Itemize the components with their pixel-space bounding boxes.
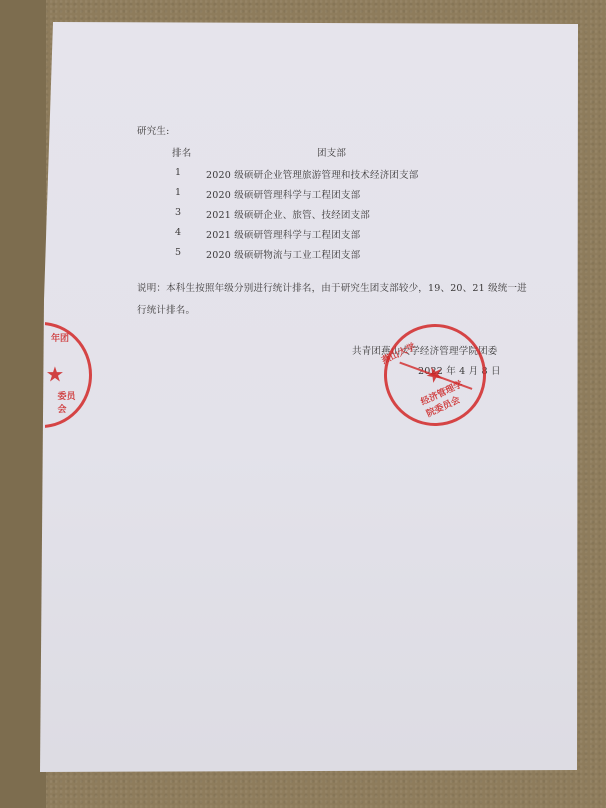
rank-cell: 1 [175,167,181,178]
branch-column-header: 团支部 [317,145,346,159]
note-line-2: 行统计排名。 [137,302,195,316]
rank-cell: 4 [175,227,181,238]
section-label: 研究生: [137,123,170,137]
rank-column-header: 排名 [172,145,191,159]
seal-bottom-text: 委员会 [58,389,79,415]
table-surface-edge [0,0,46,808]
rank-cell: 5 [175,247,181,258]
star-icon: ★ [47,365,63,386]
official-seal-right: 燕山大学 ★ 经济管理学院委员会 [367,307,503,443]
seal-top-text: 年团 [51,331,69,344]
rank-cell: 3 [175,207,181,218]
rank-cell: 1 [175,187,181,198]
branch-cell: 2020 级硕研企业管理旅游管理和技术经济团支部 [206,167,419,181]
document-page: 研究生: 排名 团支部 1 2020 级硕研企业管理旅游管理和技术经济团支部 1… [0,0,606,808]
note-line-1: 说明：本科生按照年级分别进行统计排名，由于研究生团支部较少，19、20、21 级… [137,280,527,294]
branch-cell: 2021 级硕研企业、旅管、技经团支部 [206,207,370,221]
branch-cell: 2020 级硕研管理科学与工程团支部 [206,187,360,201]
seal-bottom-text: 经济管理学院委员会 [418,376,472,420]
branch-cell: 2020 级硕研物流与工业工程团支部 [206,247,360,261]
branch-cell: 2021 级硕研管理科学与工程团支部 [206,227,360,241]
